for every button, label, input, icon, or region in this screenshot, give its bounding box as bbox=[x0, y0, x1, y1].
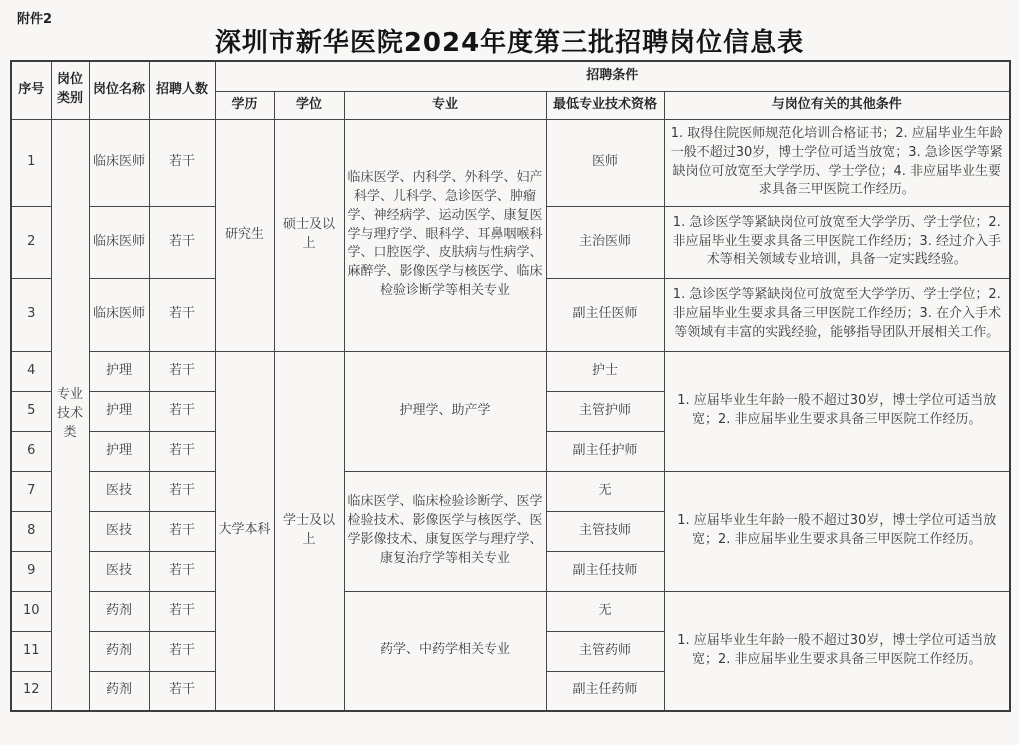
cell-degree: 硕士及以上 bbox=[274, 119, 344, 351]
col-header-seq: 序号 bbox=[11, 61, 51, 119]
table-row-4: 4 护理 若干 大学本科 学士及以上 护理学、助产学 护士 1. 应届毕业生年龄… bbox=[11, 351, 1010, 391]
cell-position-name: 医技 bbox=[89, 511, 149, 551]
cell-recruit-count: 若干 bbox=[149, 119, 215, 206]
cell-qualification: 主管护师 bbox=[546, 391, 664, 431]
cell-recruit-count: 若干 bbox=[149, 551, 215, 591]
cell-major: 临床医学、内科学、外科学、妇产科学、儿科学、急诊医学、肿瘤学、神经病学、运动医学… bbox=[344, 119, 546, 351]
cell-position-name: 医技 bbox=[89, 551, 149, 591]
cell-seq: 2 bbox=[11, 206, 51, 278]
cell-recruit-count: 若干 bbox=[149, 631, 215, 671]
cell-degree: 学士及以上 bbox=[274, 351, 344, 711]
col-header-position: 岗位名称 bbox=[89, 61, 149, 119]
col-header-major: 专业 bbox=[344, 91, 546, 119]
cell-seq: 12 bbox=[11, 671, 51, 711]
cell-position-name: 临床医师 bbox=[89, 206, 149, 278]
cell-qualification: 主治医师 bbox=[546, 206, 664, 278]
cell-position-name: 护理 bbox=[89, 431, 149, 471]
cell-qualification: 主管药师 bbox=[546, 631, 664, 671]
cell-education: 研究生 bbox=[215, 119, 274, 351]
cell-recruit-count: 若干 bbox=[149, 278, 215, 351]
cell-qualification: 护士 bbox=[546, 351, 664, 391]
cell-seq: 4 bbox=[11, 351, 51, 391]
cell-seq: 11 bbox=[11, 631, 51, 671]
cell-position-name: 护理 bbox=[89, 351, 149, 391]
cell-qualification: 医师 bbox=[546, 119, 664, 206]
cell-recruit-count: 若干 bbox=[149, 391, 215, 431]
page-title: 深圳市新华医院2024年度第三批招聘岗位信息表 bbox=[0, 22, 1019, 59]
table-row-7: 7 医技 若干 临床医学、临床检验诊断学、医学检验技术、影像医学与核医学、医学影… bbox=[11, 471, 1010, 511]
col-header-degree: 学位 bbox=[274, 91, 344, 119]
cell-position-name: 医技 bbox=[89, 471, 149, 511]
cell-seq: 10 bbox=[11, 591, 51, 631]
cell-education: 大学本科 bbox=[215, 351, 274, 711]
table-row-1: 1 专业技术类 临床医师 若干 研究生 硕士及以上 临床医学、内科学、外科学、妇… bbox=[11, 119, 1010, 206]
cell-other-conditions: 1. 急诊医学等紧缺岗位可放宽至大学学历、学士学位；2. 非应届毕业生要求具备三… bbox=[664, 278, 1010, 351]
col-header-category: 岗位类别 bbox=[51, 61, 89, 119]
cell-position-name: 护理 bbox=[89, 391, 149, 431]
col-header-conditions-group: 招聘条件 bbox=[215, 61, 1010, 91]
cell-other-conditions: 1. 应届毕业生年龄一般不超过30岁，博士学位可适当放宽；2. 非应届毕业生要求… bbox=[664, 591, 1010, 711]
cell-major: 药学、中药学相关专业 bbox=[344, 591, 546, 711]
cell-seq: 6 bbox=[11, 431, 51, 471]
document-page: 附件2 深圳市新华医院2024年度第三批招聘岗位信息表 序号 岗位类别 岗位名称… bbox=[0, 0, 1019, 745]
col-header-education: 学历 bbox=[215, 91, 274, 119]
cell-major: 临床医学、临床检验诊断学、医学检验技术、影像医学与核医学、医学影像技术、康复医学… bbox=[344, 471, 546, 591]
cell-other-conditions: 1. 应届毕业生年龄一般不超过30岁，博士学位可适当放宽；2. 非应届毕业生要求… bbox=[664, 471, 1010, 591]
cell-qualification: 主管技师 bbox=[546, 511, 664, 551]
cell-major: 护理学、助产学 bbox=[344, 351, 546, 471]
cell-qualification: 无 bbox=[546, 591, 664, 631]
cell-position-name: 临床医师 bbox=[89, 119, 149, 206]
cell-recruit-count: 若干 bbox=[149, 351, 215, 391]
col-header-other-conditions: 与岗位有关的其他条件 bbox=[664, 91, 1010, 119]
cell-other-conditions: 1. 应届毕业生年龄一般不超过30岁，博士学位可适当放宽；2. 非应届毕业生要求… bbox=[664, 351, 1010, 471]
cell-recruit-count: 若干 bbox=[149, 671, 215, 711]
cell-qualification: 副主任药师 bbox=[546, 671, 664, 711]
cell-seq: 8 bbox=[11, 511, 51, 551]
table-row-10: 10 药剂 若干 药学、中药学相关专业 无 1. 应届毕业生年龄一般不超过30岁… bbox=[11, 591, 1010, 631]
col-header-count: 招聘人数 bbox=[149, 61, 215, 119]
col-header-min-qualification: 最低专业技术资格 bbox=[546, 91, 664, 119]
cell-recruit-count: 若干 bbox=[149, 471, 215, 511]
cell-position-name: 药剂 bbox=[89, 591, 149, 631]
cell-seq: 9 bbox=[11, 551, 51, 591]
cell-qualification: 副主任护师 bbox=[546, 431, 664, 471]
header-row-1: 序号 岗位类别 岗位名称 招聘人数 招聘条件 bbox=[11, 61, 1010, 91]
cell-other-conditions: 1. 取得住院医师规范化培训合格证书；2. 应届毕业生年龄一般不超过30岁，博士… bbox=[664, 119, 1010, 206]
cell-recruit-count: 若干 bbox=[149, 511, 215, 551]
cell-other-conditions: 1. 急诊医学等紧缺岗位可放宽至大学学历、学士学位；2. 非应届毕业生要求具备三… bbox=[664, 206, 1010, 278]
cell-position-name: 临床医师 bbox=[89, 278, 149, 351]
cell-recruit-count: 若干 bbox=[149, 591, 215, 631]
recruitment-table: 序号 岗位类别 岗位名称 招聘人数 招聘条件 学历 学位 专业 最低专业技术资格… bbox=[10, 60, 1011, 712]
cell-qualification: 副主任医师 bbox=[546, 278, 664, 351]
cell-recruit-count: 若干 bbox=[149, 206, 215, 278]
cell-seq: 3 bbox=[11, 278, 51, 351]
cell-qualification: 无 bbox=[546, 471, 664, 511]
cell-position-name: 药剂 bbox=[89, 631, 149, 671]
cell-recruit-count: 若干 bbox=[149, 431, 215, 471]
cell-seq: 5 bbox=[11, 391, 51, 431]
cell-position-name: 药剂 bbox=[89, 671, 149, 711]
cell-seq: 1 bbox=[11, 119, 51, 206]
cell-position-category: 专业技术类 bbox=[51, 119, 89, 711]
cell-seq: 7 bbox=[11, 471, 51, 511]
cell-qualification: 副主任技师 bbox=[546, 551, 664, 591]
